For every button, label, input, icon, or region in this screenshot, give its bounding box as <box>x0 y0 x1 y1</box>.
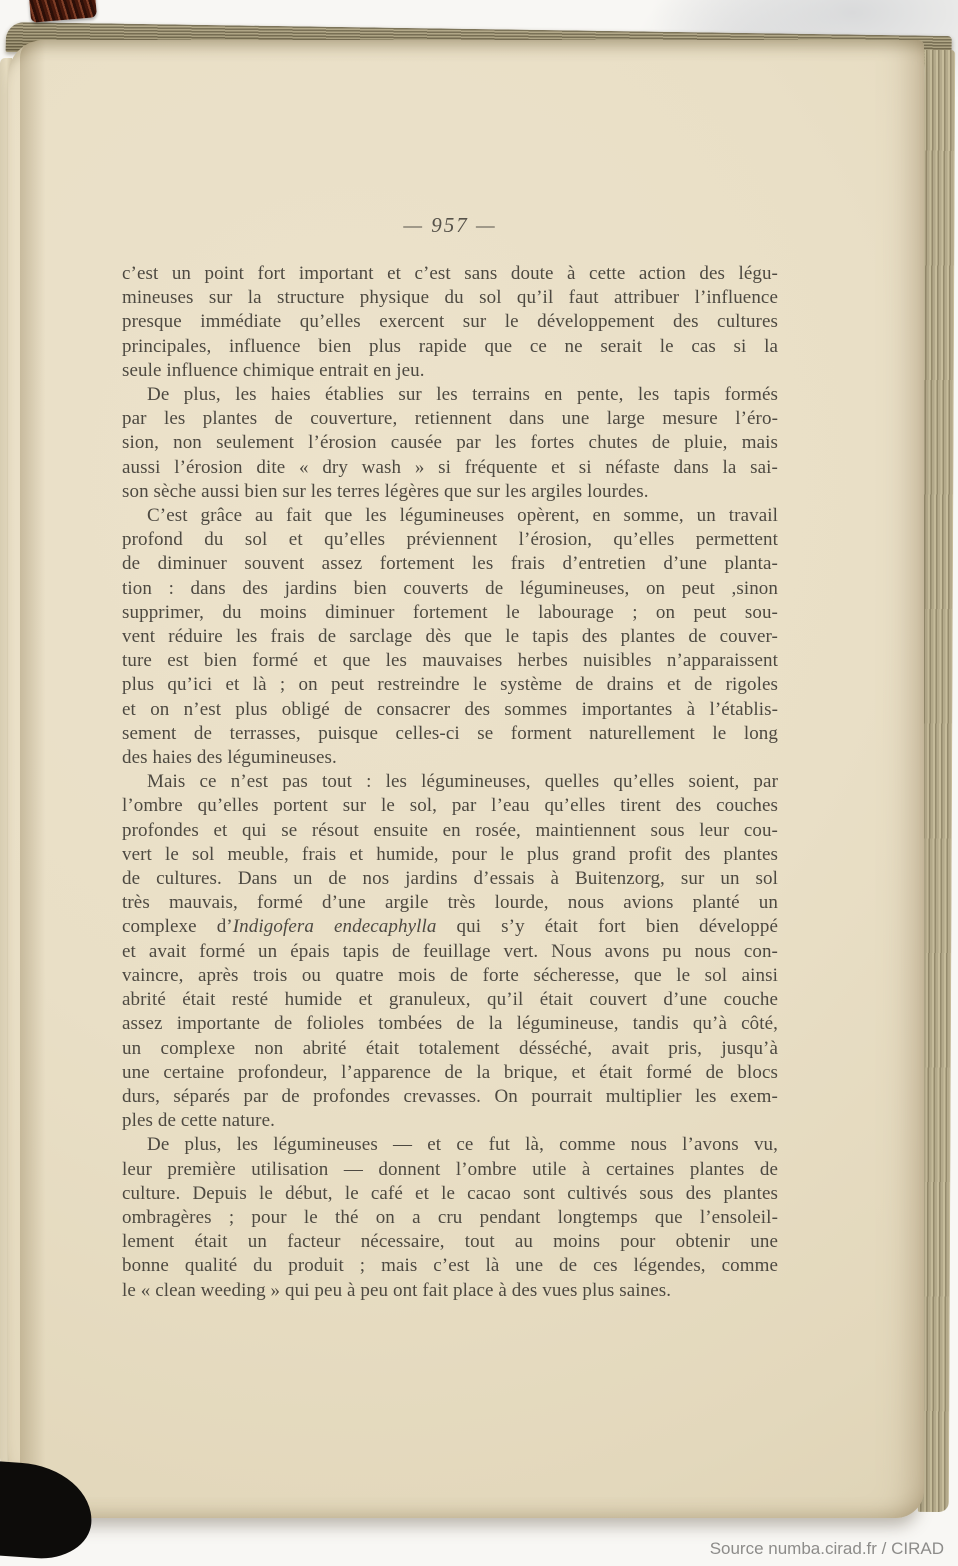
book-spine-headband <box>29 0 97 23</box>
book-page: — 957 — c’est un point fort important et… <box>8 40 924 1518</box>
text-line: son sèche aussi bien sur les terres légè… <box>122 480 778 504</box>
text-line: et avait formé un épais tapis de feuilla… <box>122 940 778 964</box>
text-line: Mais ce n’est pas tout : les légumineuse… <box>122 770 778 794</box>
paragraph: c’est un point fort important et c’est s… <box>122 262 778 383</box>
text-line: De plus, les haies établies sur les terr… <box>122 383 778 407</box>
text-line: plus qu’ici et là ; on peut restreindre … <box>122 673 778 697</box>
text-line: culture. Depuis le début, le café et le … <box>122 1182 778 1206</box>
text-line: leur première utilisation — donnent l’om… <box>122 1158 778 1182</box>
text-line: des haies des légumineuses. <box>122 746 778 770</box>
text-line: de cultures. Dans un de nos jardins d’es… <box>122 867 778 891</box>
text-line: supprimer, du moins diminuer fortement l… <box>122 601 778 625</box>
text-line: profondes et qui se résout ensuite en ro… <box>122 819 778 843</box>
text-line: presque immédiate qu’elles exercent sur … <box>122 310 778 334</box>
page-gutter-shadow <box>20 40 54 1518</box>
text-line: vert le sol meuble, frais et humide, pou… <box>122 843 778 867</box>
text-line: par les plantes de couverture, retiennen… <box>122 407 778 431</box>
text-line: un complexe non abrité était totalement … <box>122 1037 778 1061</box>
text-line: l’ombre qu’elles portent sur le sol, par… <box>122 794 778 818</box>
text-line: sement de terrasses, puisque celles-ci s… <box>122 722 778 746</box>
text-line: mineuses sur la structure physique du so… <box>122 286 778 310</box>
text-line: De plus, les légumineuses — et ce fut là… <box>122 1133 778 1157</box>
paragraph: De plus, les haies établies sur les terr… <box>122 383 778 504</box>
text-line: complexe d’Indigofera endecaphylla qui s… <box>122 915 778 939</box>
text-line: tion : dans des jardins bien couverts de… <box>122 577 778 601</box>
text-line: aussi l’érosion dite « dry wash » si fré… <box>122 456 778 480</box>
text-line: durs, séparés par de profondes crevasses… <box>122 1085 778 1109</box>
text-line: assez importante de folioles tombées de … <box>122 1012 778 1036</box>
text-line: une certaine profondeur, l’apparence de … <box>122 1061 778 1085</box>
text-line: abrité était resté humide et granuleux, … <box>122 988 778 1012</box>
text-line: vaincre, après trois ou quatre mois de f… <box>122 964 778 988</box>
text-line: profond du sol et qu’elles préviennent l… <box>122 528 778 552</box>
paragraph: Mais ce n’est pas tout : les légumineuse… <box>122 770 778 1133</box>
text-line: et on n’est plus obligé de consacrer des… <box>122 698 778 722</box>
text-line: ples de cette nature. <box>122 1109 778 1133</box>
source-attribution: Source numba.cirad.fr / CIRAD <box>710 1538 944 1560</box>
text-line: C’est grâce au fait que les légumineuses… <box>122 504 778 528</box>
page-number: — 957 — <box>120 212 780 238</box>
paragraph: De plus, les légumineuses — et ce fut là… <box>122 1133 778 1302</box>
text-line: ombragères ; pour le thé on a cru pendan… <box>122 1206 778 1230</box>
text-line: de diminuer souvent assez fortement les … <box>122 552 778 576</box>
text-line: très mauvais, formé d’une argile très lo… <box>122 891 778 915</box>
text-block: c’est un point fort important et c’est s… <box>122 262 778 1303</box>
text-line: c’est un point fort important et c’est s… <box>122 262 778 286</box>
text-line: principales, influence bien plus rapide … <box>122 335 778 359</box>
text-line: le « clean weeding » qui peu à peu ont f… <box>122 1279 778 1303</box>
text-line: bonne qualité du produit ; mais c’est là… <box>122 1254 778 1278</box>
text-line: lement était un facteur nécessaire, tout… <box>122 1230 778 1254</box>
scanned-book-photo: — 957 — c’est un point fort important et… <box>0 0 958 1566</box>
text-line: vent réduire les frais de sarclage dès q… <box>122 625 778 649</box>
text-line: ture est bien formé et que les mauvaises… <box>122 649 778 673</box>
paragraph: C’est grâce au fait que les légumineuses… <box>122 504 778 770</box>
text-line: sion, non seulement l’érosion causée par… <box>122 431 778 455</box>
text-line: seule influence chimique entrait en jeu. <box>122 359 778 383</box>
